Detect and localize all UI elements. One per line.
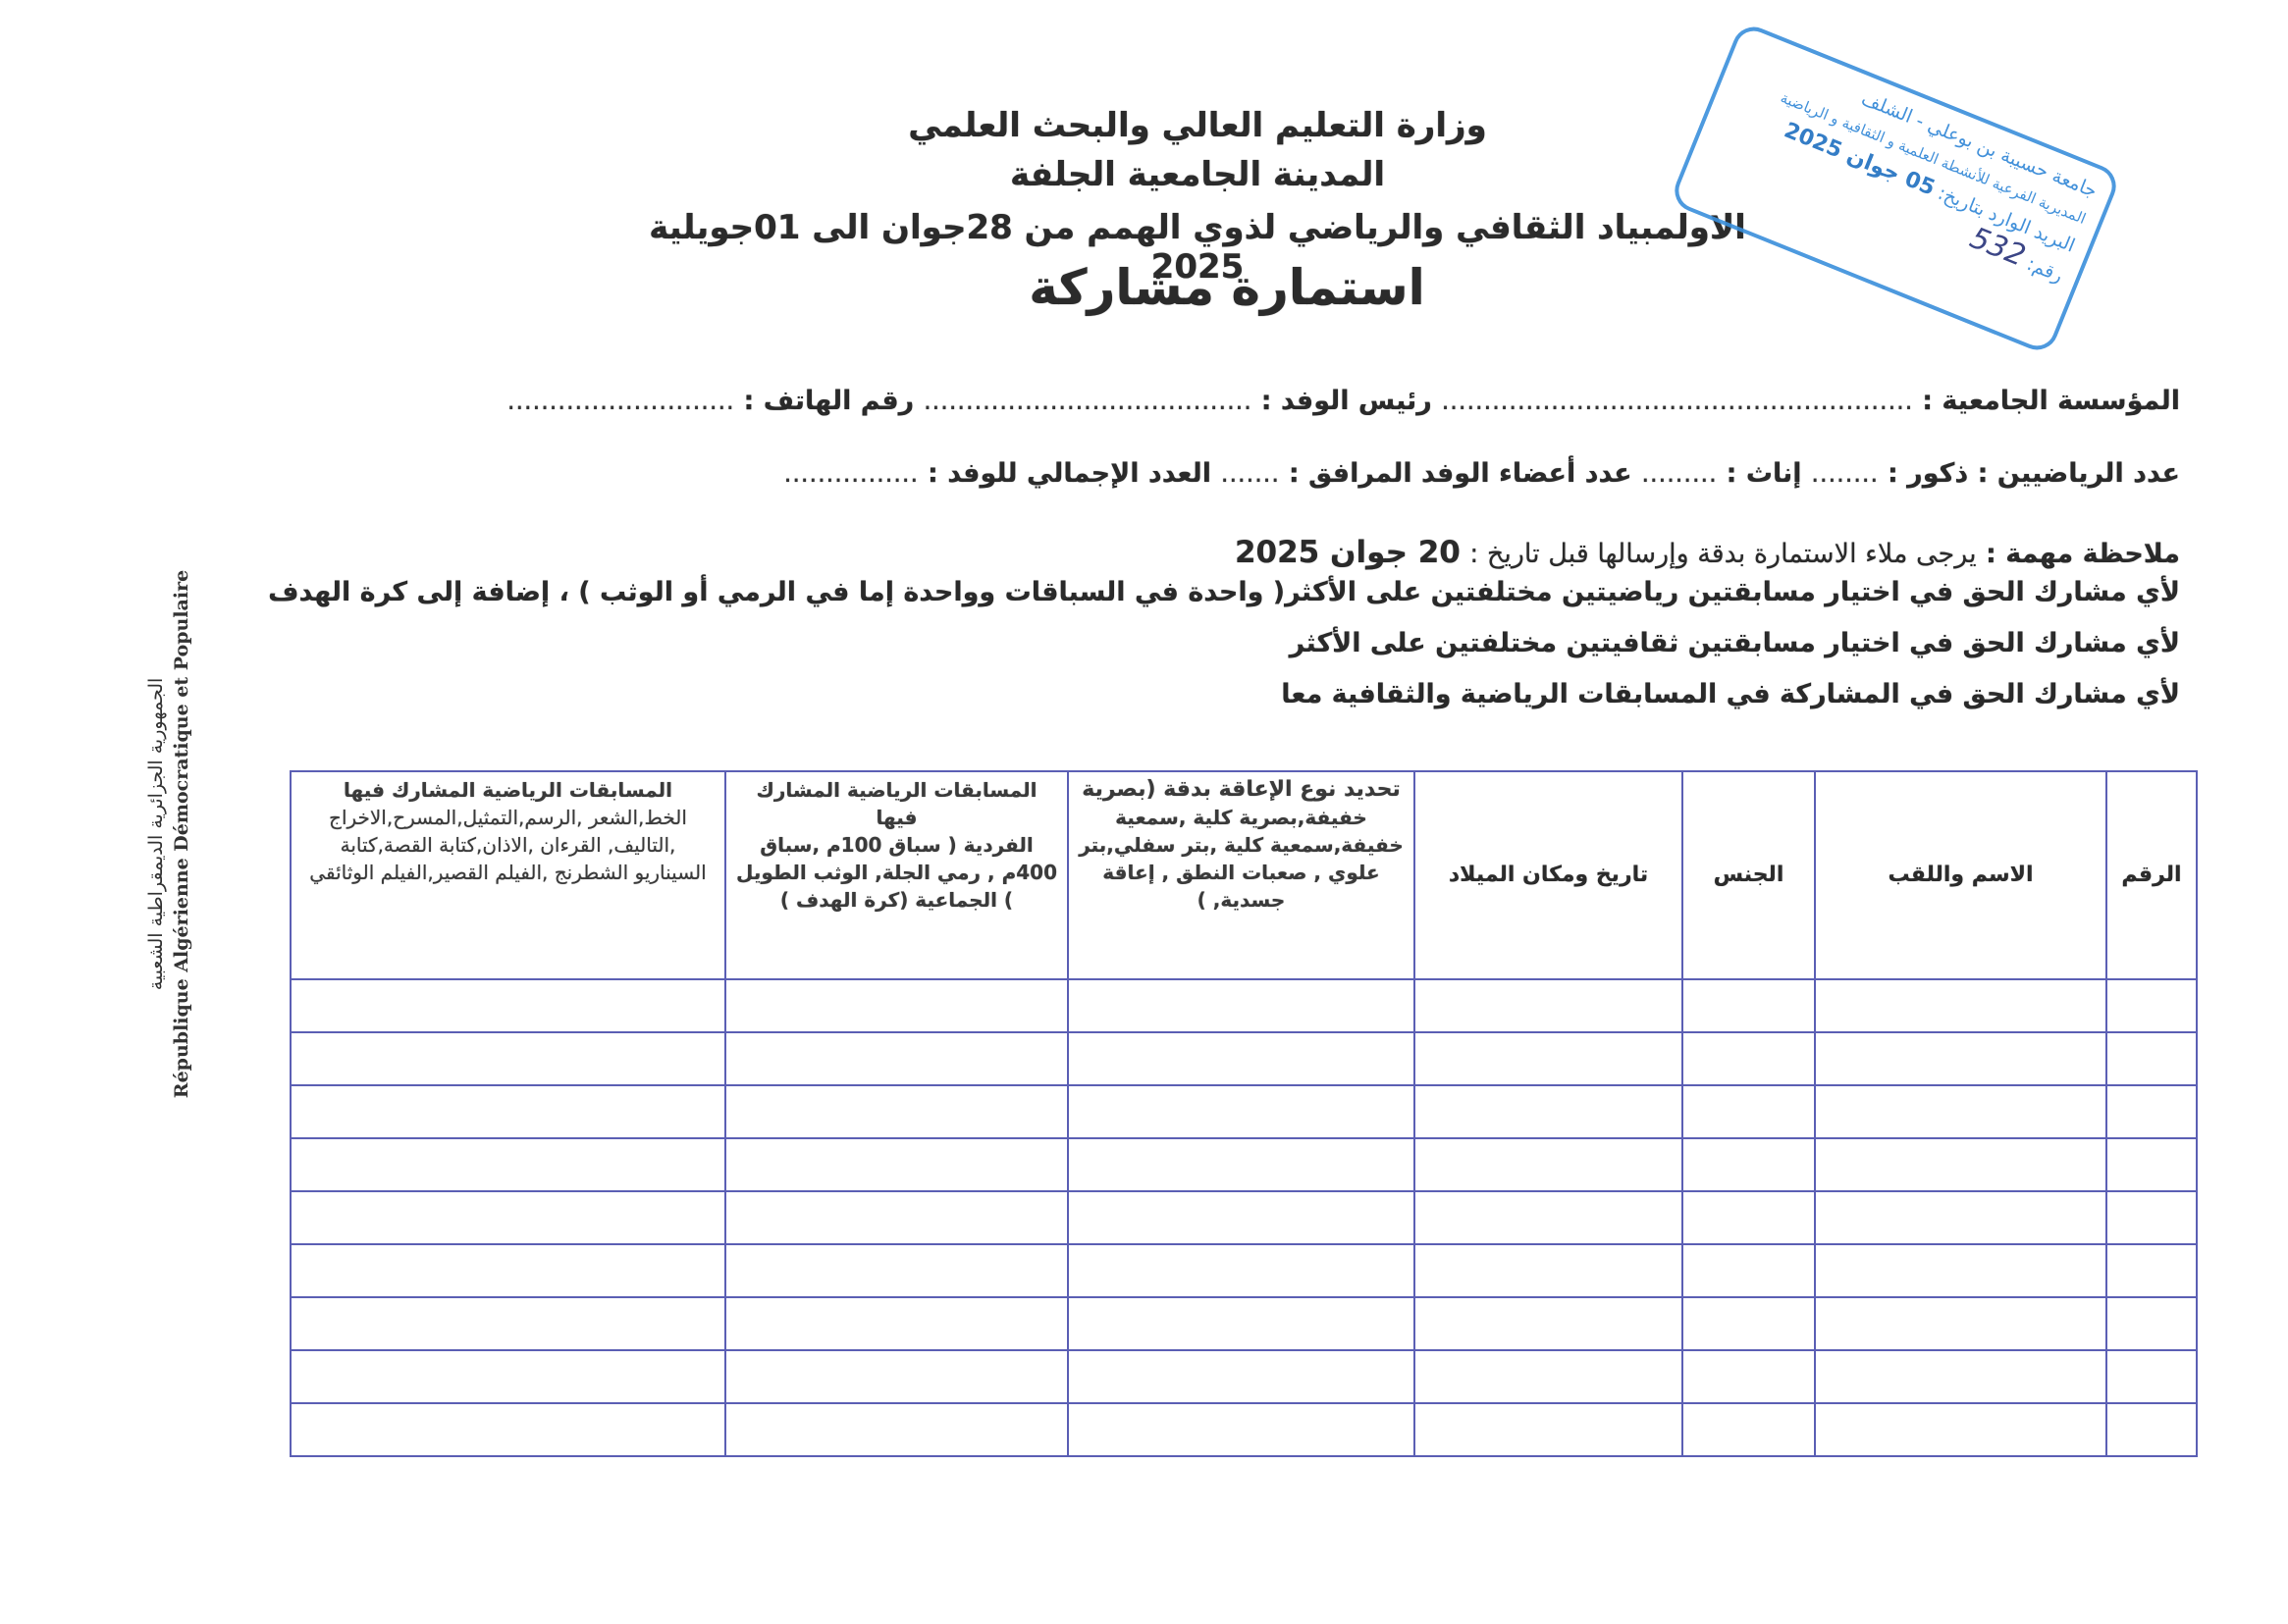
table-cell[interactable] xyxy=(1068,1403,1414,1456)
table-cell[interactable] xyxy=(1682,1244,1815,1297)
field-delegation-total-input[interactable]: ................ xyxy=(783,458,918,489)
table-cell[interactable] xyxy=(1414,1085,1682,1138)
table-cell[interactable] xyxy=(1815,979,2106,1032)
table-cell[interactable] xyxy=(1682,1297,1815,1350)
table-cell[interactable] xyxy=(291,1297,725,1350)
table-cell[interactable] xyxy=(1414,1138,1682,1191)
table-row xyxy=(291,1244,2197,1297)
table-cell[interactable] xyxy=(1682,1085,1815,1138)
table-cell[interactable] xyxy=(1815,1191,2106,1244)
table-cell[interactable] xyxy=(1815,1244,2106,1297)
table-cell[interactable] xyxy=(291,1350,725,1403)
col-cultural-events: المسابقات الرياضية المشارك فيها الخط,الش… xyxy=(291,771,725,979)
table-cell[interactable] xyxy=(725,1085,1068,1138)
field-accompanying-members-label: عدد أعضاء الوفد المرافق : xyxy=(1289,458,1632,489)
field-delegation-total-label: العدد الإجمالي للوفد : xyxy=(928,458,1211,489)
table-cell[interactable] xyxy=(1414,1244,1682,1297)
field-phone[interactable]: رقم الهاتف : ........................... xyxy=(506,386,914,416)
table-cell[interactable] xyxy=(1682,979,1815,1032)
note-deadline: 20 جوان 2025 xyxy=(1235,535,1461,570)
col-number: الرقم xyxy=(2106,771,2197,979)
table-cell[interactable] xyxy=(1068,1085,1414,1138)
table-cell[interactable] xyxy=(725,1350,1068,1403)
table-cell[interactable] xyxy=(1815,1350,2106,1403)
fields-row-institution: المؤسسة الجامعية : .....................… xyxy=(506,386,2180,416)
participants-table: الرقم الاسم واللقب الجنس تاريخ ومكان الم… xyxy=(290,770,2198,1457)
table-cell[interactable] xyxy=(2106,1350,2197,1403)
table-cell[interactable] xyxy=(1815,1297,2106,1350)
table-cell[interactable] xyxy=(1414,1032,1682,1085)
table-cell[interactable] xyxy=(2106,1297,2197,1350)
table-cell[interactable] xyxy=(1682,1138,1815,1191)
table-cell[interactable] xyxy=(2106,1085,2197,1138)
table-cell[interactable] xyxy=(1682,1032,1815,1085)
table-cell[interactable] xyxy=(1682,1191,1815,1244)
table-cell[interactable] xyxy=(1815,1032,2106,1085)
table-cell[interactable] xyxy=(1815,1403,2106,1456)
table-row xyxy=(291,1032,2197,1085)
table-cell[interactable] xyxy=(725,1403,1068,1456)
table-cell[interactable] xyxy=(1414,1297,1682,1350)
side-text-french: République Algérienne Démocratique et Po… xyxy=(169,570,194,1098)
table-cell[interactable] xyxy=(2106,1403,2197,1456)
table-cell[interactable] xyxy=(1068,1138,1414,1191)
table-cell[interactable] xyxy=(1068,1244,1414,1297)
field-accompanying-members[interactable]: عدد أعضاء الوفد المرافق : ....... xyxy=(1220,458,1631,489)
field-institution[interactable]: المؤسسة الجامعية : .....................… xyxy=(1441,386,2180,416)
col-gender: الجنس xyxy=(1682,771,1815,979)
table-row xyxy=(291,1138,2197,1191)
field-phone-label: رقم الهاتف : xyxy=(744,386,915,416)
table-cell[interactable] xyxy=(725,1297,1068,1350)
table-cell[interactable] xyxy=(1068,1191,1414,1244)
table-cell[interactable] xyxy=(291,1191,725,1244)
table-cell[interactable] xyxy=(291,979,725,1032)
col-name: الاسم واللقب xyxy=(1815,771,2106,979)
note-text: يرجى ملاء الاستمارة بدقة وإرسالها قبل تا… xyxy=(1469,539,1976,569)
table-cell[interactable] xyxy=(291,1138,725,1191)
table-cell[interactable] xyxy=(725,1191,1068,1244)
side-text-arabic: الجمهورية الجزائرية الديمقراطية الشعبية xyxy=(143,570,169,1098)
field-delegation-head-label: رئيس الوفد : xyxy=(1261,386,1432,416)
table-cell[interactable] xyxy=(1682,1350,1815,1403)
col-sports-detail: الفردية ( سباق 100م ,سباق 400م , رمي الج… xyxy=(726,831,1067,914)
table-cell[interactable] xyxy=(2106,1032,2197,1085)
table-cell[interactable] xyxy=(1815,1085,2106,1138)
table-cell[interactable] xyxy=(2106,1138,2197,1191)
table-cell[interactable] xyxy=(291,1032,725,1085)
field-female-athletes-input[interactable]: ......... xyxy=(1641,458,1717,489)
table-cell[interactable] xyxy=(2106,979,2197,1032)
col-cultural-detail: الخط,الشعر ,الرسم,التمثيل,المسرح,الاخراج… xyxy=(292,804,724,886)
table-cell[interactable] xyxy=(1414,1403,1682,1456)
important-note: ملاحظة مهمة : يرجى ملاء الاستمارة بدقة و… xyxy=(1235,535,2180,570)
table-row xyxy=(291,1085,2197,1138)
stamp-number-label: رقم: xyxy=(2024,253,2066,287)
table-cell[interactable] xyxy=(291,1085,725,1138)
col-sports-events: المسابقات الرياضية المشارك فيها الفردية … xyxy=(725,771,1068,979)
table-cell[interactable] xyxy=(2106,1191,2197,1244)
table-cell[interactable] xyxy=(1068,1350,1414,1403)
table-cell[interactable] xyxy=(1068,1297,1414,1350)
rule-cultural: لأي مشارك الحق في اختيار مسابقتين ثقافيت… xyxy=(1290,628,2180,658)
table-cell[interactable] xyxy=(1068,979,1414,1032)
table-cell[interactable] xyxy=(1414,1191,1682,1244)
table-cell[interactable] xyxy=(1815,1138,2106,1191)
col-sports-title: المسابقات الرياضية المشارك فيها xyxy=(726,776,1067,831)
table-cell[interactable] xyxy=(725,979,1068,1032)
note-label: ملاحظة مهمة : xyxy=(1986,539,2180,569)
table-cell[interactable] xyxy=(1414,1350,1682,1403)
field-male-athletes-input[interactable]: ........ xyxy=(1811,458,1879,489)
fields-row-counts: عدد الرياضيين : ذكور : ........ إناث : .… xyxy=(783,458,2180,489)
table-cell[interactable] xyxy=(1068,1032,1414,1085)
table-row xyxy=(291,979,2197,1032)
table-cell[interactable] xyxy=(1414,979,1682,1032)
field-delegation-head-input[interactable]: ....................................... xyxy=(924,386,1252,416)
table-header-row: الرقم الاسم واللقب الجنس تاريخ ومكان الم… xyxy=(291,771,2197,979)
form-title: استمارة مشاركة xyxy=(883,259,1570,316)
received-stamp: جامعة حسيبة بن بوعلي - الشلف المديرية ال… xyxy=(1669,21,2122,356)
col-disability: تحديد نوع الإعاقة بدقة (بصرية خفيفة,بصري… xyxy=(1068,771,1414,979)
field-male-athletes[interactable]: عدد الرياضيين : ذكور : ........ xyxy=(1811,458,2180,489)
field-phone-input[interactable]: ........................... xyxy=(506,386,734,416)
col-disability-title: تحديد نوع الإعاقة بدقة (بصرية xyxy=(1069,776,1413,804)
field-female-athletes[interactable]: إناث : ......... xyxy=(1641,458,1802,489)
field-institution-label: المؤسسة الجامعية : xyxy=(1922,386,2180,416)
table-cell[interactable] xyxy=(291,1403,725,1456)
table-cell[interactable] xyxy=(1682,1403,1815,1456)
table-cell[interactable] xyxy=(725,1138,1068,1191)
table-cell[interactable] xyxy=(291,1244,725,1297)
col-birth: تاريخ ومكان الميلاد xyxy=(1414,771,1682,979)
field-delegation-total[interactable]: العدد الإجمالي للوفد : ................ xyxy=(783,458,1211,489)
rule-sports: لأي مشارك الحق في اختيار مسابقتين رياضيت… xyxy=(268,577,2180,607)
institution-title: المدينة الجامعية الجلفة xyxy=(756,155,1639,194)
table-row xyxy=(291,1297,2197,1350)
col-disability-detail: خفيفة,بصرية كلية ,سمعية خفيفة,سمعية كلية… xyxy=(1069,804,1413,914)
table-row xyxy=(291,1350,2197,1403)
table-cell[interactable] xyxy=(725,1244,1068,1297)
field-accompanying-members-input[interactable]: ....... xyxy=(1220,458,1279,489)
field-delegation-head[interactable]: رئيس الوفد : ...........................… xyxy=(924,386,1432,416)
rule-both: لأي مشارك الحق في المشاركة في المسابقات … xyxy=(1281,679,2180,709)
field-institution-input[interactable]: ........................................… xyxy=(1441,386,1913,416)
table-cell[interactable] xyxy=(725,1032,1068,1085)
side-letterhead: الجمهورية الجزائرية الديمقراطية الشعبية … xyxy=(139,550,198,1119)
field-male-athletes-label: عدد الرياضيين : ذكور : xyxy=(1888,458,2180,489)
table-row xyxy=(291,1191,2197,1244)
col-cultural-title: المسابقات الرياضية المشارك فيها xyxy=(292,776,724,804)
table-body xyxy=(291,979,2197,1456)
ministry-title: وزارة التعليم العالي والبحث العلمي xyxy=(756,106,1639,145)
field-female-athletes-label: إناث : xyxy=(1727,458,1802,489)
table-cell[interactable] xyxy=(2106,1244,2197,1297)
table-row xyxy=(291,1403,2197,1456)
